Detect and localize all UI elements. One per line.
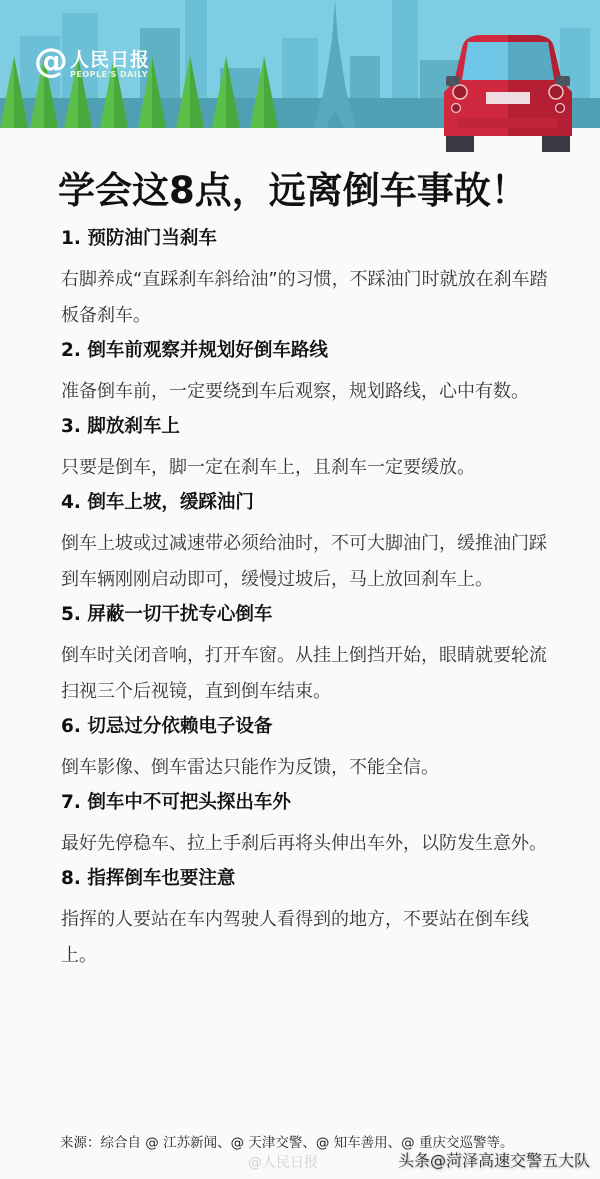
tip-body: 准备倒车前，一定要绕到车后观察，规划路线，心中有数。: [61, 374, 561, 410]
tree-icon: [0, 56, 28, 128]
tip-body: 倒车上坡或过减速带必须给油时，不可大脚油门，缓推油门踩到车辆刚刚启动即可，缓慢过…: [61, 526, 561, 598]
tip-heading: 3. 脚放刹车上: [61, 414, 561, 440]
peoples-daily-logo: @ 人民日报 PEOPLE'S DAILY: [34, 44, 150, 80]
tip-heading: 6. 切忌过分依赖电子设备: [61, 714, 561, 740]
eiffel-tower-icon: [310, 0, 360, 128]
tip-body: 指挥的人要站在车内驾驶人看得到的地方，不要站在倒车线上。: [61, 902, 561, 974]
tip-body: 倒车时关闭音响，打开车窗。从挂上倒挡开始，眼睛就要轮流扫视三个后视镜，直到倒车结…: [61, 638, 561, 710]
tip-body: 右脚养成“直踩刹车斜给油”的习惯，不踩油门时就放在刹车踏板备刹车。: [61, 262, 561, 334]
toutiao-watermark: 头条@菏泽高速交警五大队: [398, 1148, 590, 1171]
tip-heading: 4. 倒车上坡，缓踩油门: [61, 490, 561, 516]
car-rear-icon: [440, 32, 576, 152]
page-title: 学会这8点，远离倒车事故！: [58, 160, 528, 214]
tip-heading: 2. 倒车前观察并规划好倒车路线: [61, 338, 561, 364]
tip-body: 倒车影像、倒车雷达只能作为反馈，不能全信。: [61, 750, 561, 786]
tree-icon: [212, 56, 240, 128]
tip-body: 最好先停稳车、拉上手刹后再将头伸出车外，以防发生意外。: [61, 826, 561, 862]
tips-list: 1. 预防油门当刹车 右脚养成“直踩刹车斜给油”的习惯，不踩油门时就放在刹车踏板…: [61, 226, 561, 978]
tree-icon: [250, 56, 278, 128]
tip-heading: 7. 倒车中不可把头探出车外: [61, 790, 561, 816]
tip-heading: 5. 屏蔽一切干扰专心倒车: [61, 602, 561, 628]
logo-english-text: PEOPLE'S DAILY: [70, 70, 150, 80]
logo-chinese-text: 人民日报: [70, 50, 150, 70]
tip-body: 只要是倒车，脚一定在刹车上，且刹车一定要缓放。: [61, 450, 561, 486]
logo-at-symbol: @: [34, 44, 68, 78]
tree-icon: [176, 56, 204, 128]
tip-heading: 1. 预防油门当刹车: [61, 226, 561, 252]
tip-heading: 8. 指挥倒车也要注意: [61, 866, 561, 892]
weibo-watermark: @人民日报: [248, 1152, 318, 1172]
